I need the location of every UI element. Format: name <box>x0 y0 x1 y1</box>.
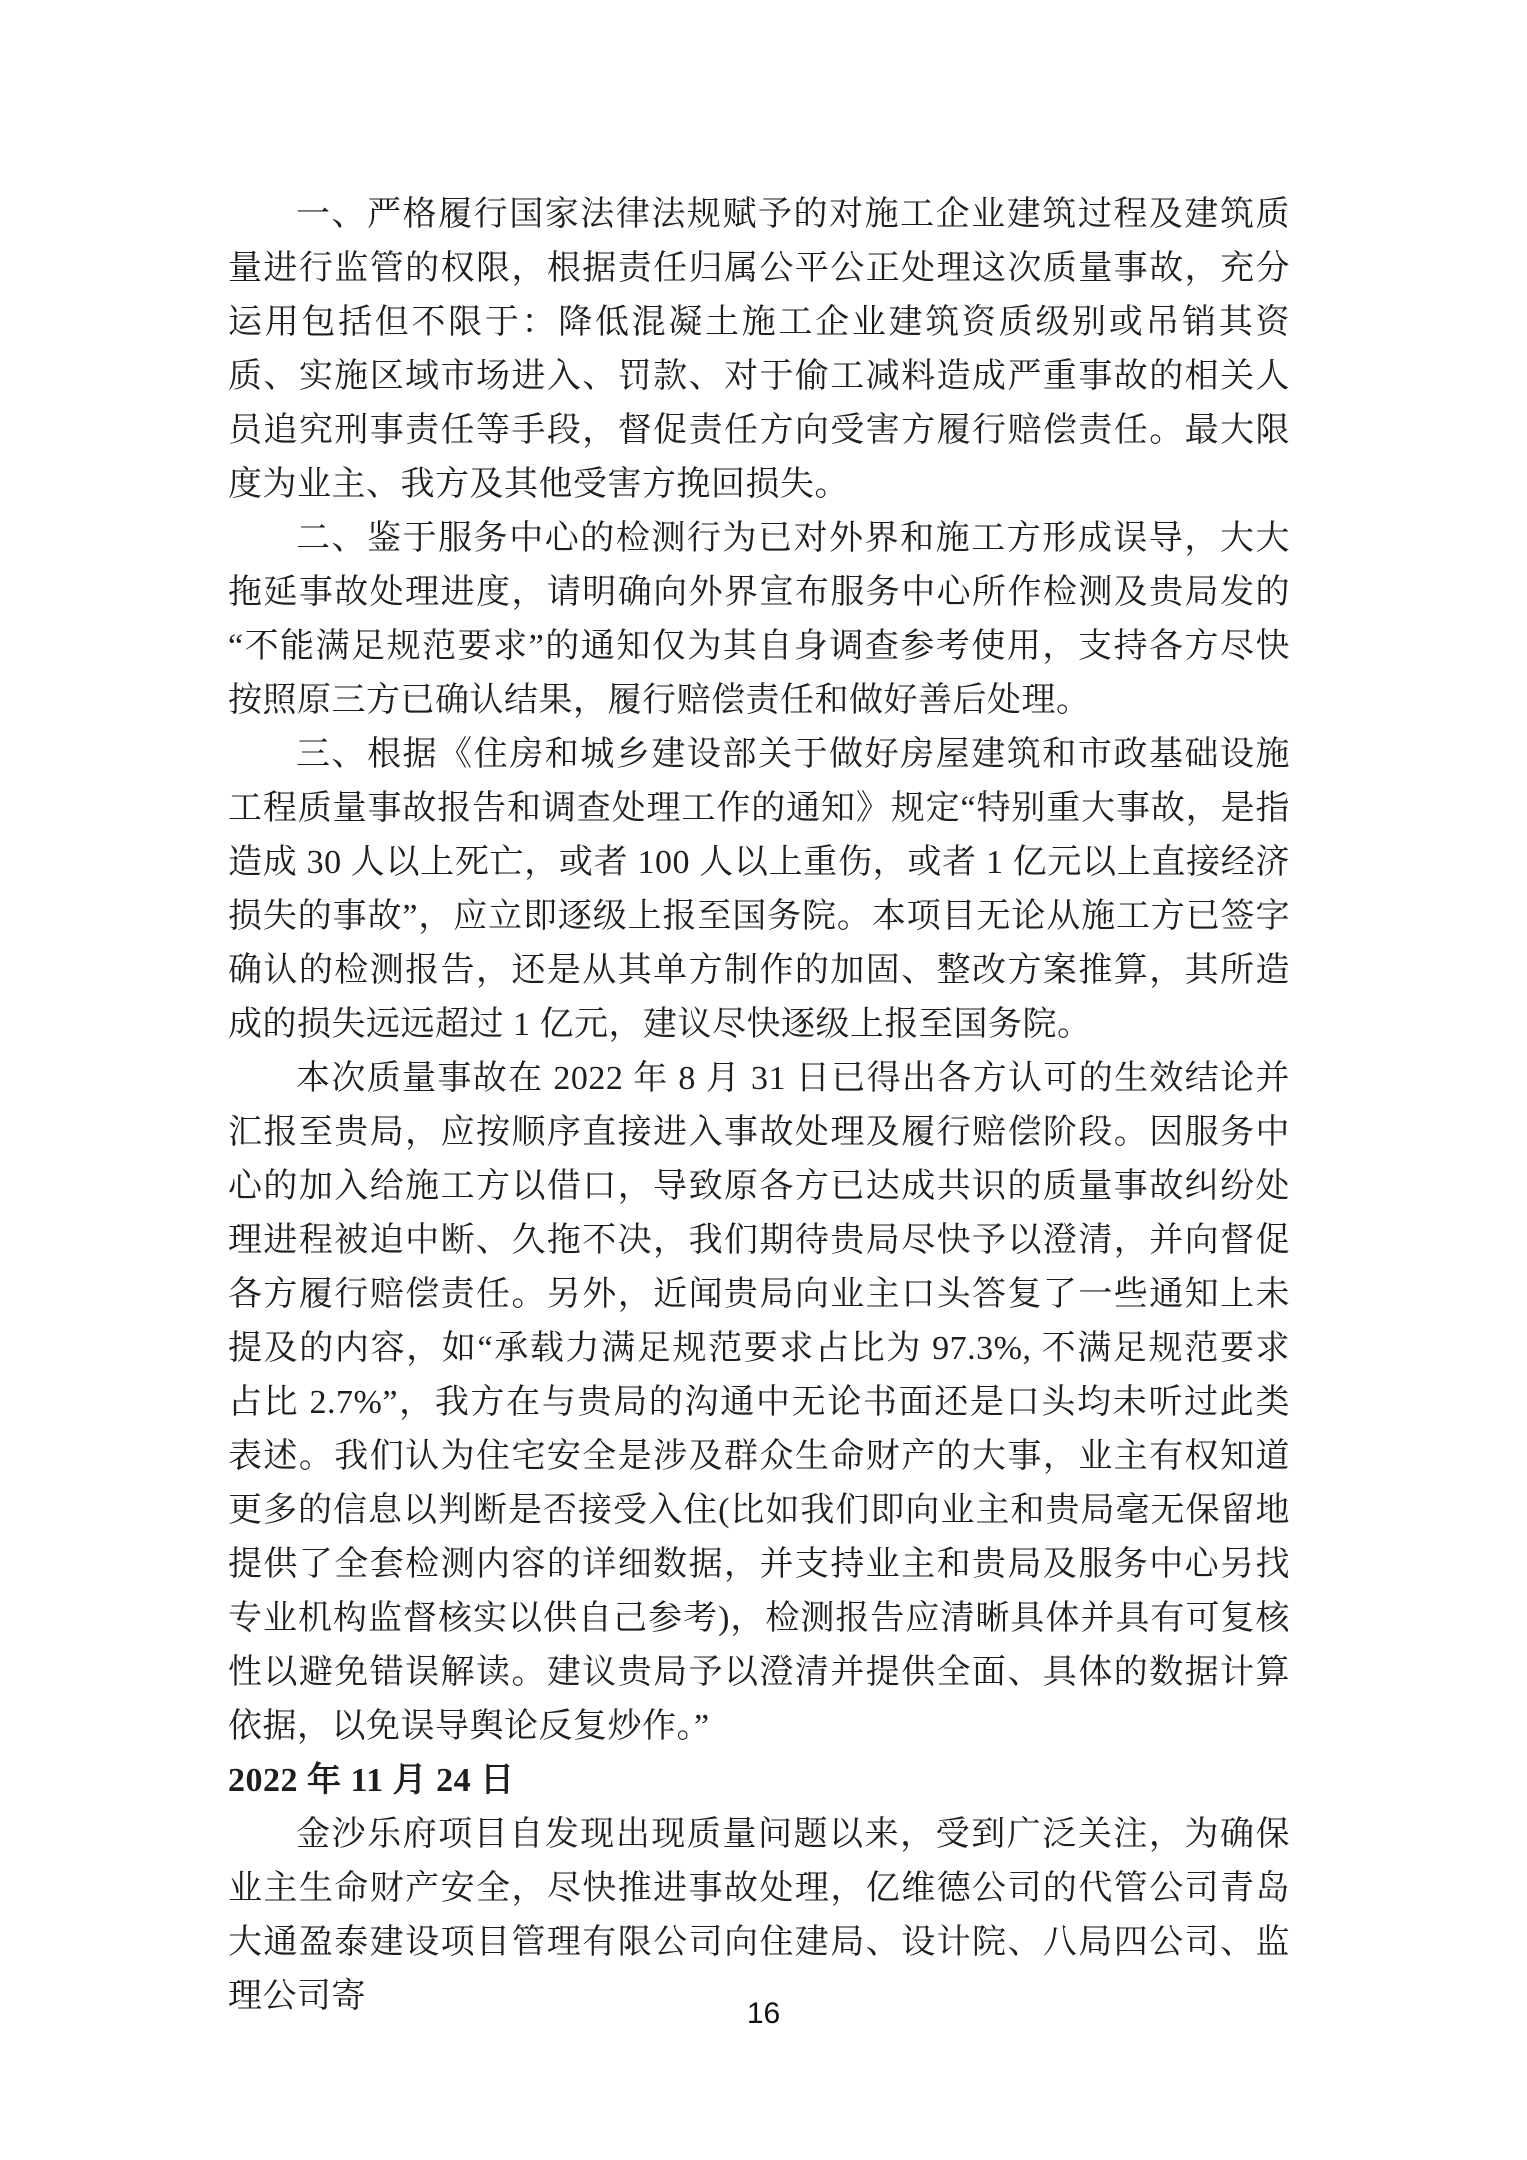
paragraph-item-3: 三、根据《住房和城乡建设部关于做好房屋建筑和市政基础设施工程质量事故报告和调查处… <box>228 728 1290 1052</box>
page-footer: 16 <box>0 1996 1527 2032</box>
document-page: 一、严格履行国家法律法规赋予的对施工企业建筑过程及建筑质量进行监管的权限，根据责… <box>0 0 1527 2160</box>
paragraph-date-line: 2022 年 11 月 24 日 <box>228 1754 1290 1808</box>
document-text-block: 一、严格履行国家法律法规赋予的对施工企业建筑过程及建筑质量进行监管的权限，根据责… <box>228 188 1290 2024</box>
paragraph-narrative: 金沙乐府项目自发现出现质量问题以来，受到广泛关注，为确保业主生命财产安全，尽快推… <box>228 1808 1290 2024</box>
paragraph-closing: 本次质量事故在 2022 年 8 月 31 日已得出各方认可的生效结论并汇报至贵… <box>228 1052 1290 1754</box>
paragraph-item-1: 一、严格履行国家法律法规赋予的对施工企业建筑过程及建筑质量进行监管的权限，根据责… <box>228 188 1290 512</box>
paragraph-item-2: 二、鉴于服务中心的检测行为已对外界和施工方形成误导，大大拖延事故处理进度，请明确… <box>228 512 1290 728</box>
page-number: 16 <box>747 1997 780 2030</box>
